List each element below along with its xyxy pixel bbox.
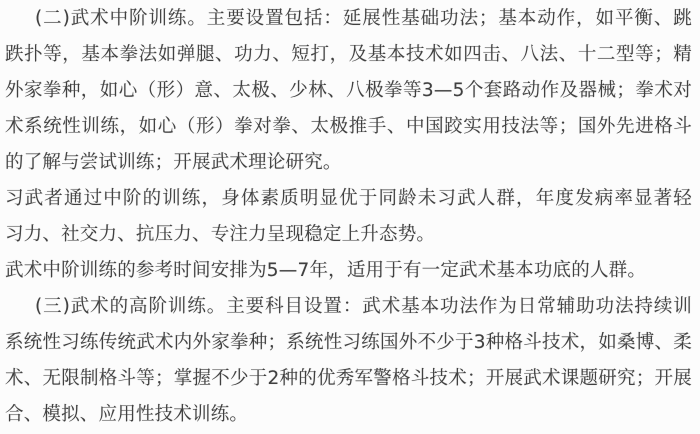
paragraph-intermediate-training-duration: 武术中阶训练的参考时间安排为5—7年，适用于有一定武术基本功底的人群。 <box>5 253 692 289</box>
paragraph-intermediate-training-benefits: 习武者通过中阶的训练，身体素质明显优于同龄未习武人群，年度发病率显著轻微，学习力… <box>5 181 692 253</box>
text-line: 术系统性训练，如心（形）拳对拳、太极推手、中国跤实用技法等；国外先进格斗技术 <box>5 109 692 145</box>
text-line: (二)武术中阶训练。主要设置包括：延展性基础功法；基本动作，如平衡、跳跃、 <box>5 1 692 37</box>
paragraph-intermediate-training-overview: (二)武术中阶训练。主要设置包括：延展性基础功法；基本动作，如平衡、跳跃、跌扑等… <box>5 1 692 181</box>
text-line: 术、无限制格斗等；掌握不少于2种的优秀军警格斗技术；开展武术课题研究；开展综 <box>5 361 692 397</box>
text-line: 合、模拟、应用性技术训练。 <box>5 397 692 433</box>
document-body: (二)武术中阶训练。主要设置包括：延展性基础功法；基本动作，如平衡、跳跃、跌扑等… <box>5 1 692 433</box>
text-line: 武术中阶训练的参考时间安排为5—7年，适用于有一定武术基本功底的人群。 <box>5 253 692 289</box>
text-line: 习武者通过中阶的训练，身体素质明显优于同龄未习武人群，年度发病率显著轻微，学 <box>5 181 692 217</box>
paragraph-advanced-training: (三)武术的高阶训练。主要科目设置：武术基本功法作为日常辅助功法持续训练；系统性… <box>5 289 692 433</box>
text-line: 外家拳种，如心（形）意、太极、少林、八极拳等3—5个套路动作及器械；拳术对练技 <box>5 73 692 109</box>
text-line: (三)武术的高阶训练。主要科目设置：武术基本功法作为日常辅助功法持续训练； <box>5 289 692 325</box>
document-page: (二)武术中阶训练。主要设置包括：延展性基础功法；基本动作，如平衡、跳跃、跌扑等… <box>0 0 700 434</box>
text-line: 习力、社交力、抗压力、专注力呈现稳定上升态势。 <box>5 217 692 253</box>
text-line: 的了解与尝试训练；开展武术理论研究。 <box>5 145 692 181</box>
text-line: 系统性习练传统武术内外家拳种；系统性习练国外不少于3种格斗技术，如桑博、柔 <box>5 325 692 361</box>
text-line: 跌扑等，基本拳法如弹腿、功力、短打，及基本技术如四击、八法、十二型等；精选内 <box>5 37 692 73</box>
